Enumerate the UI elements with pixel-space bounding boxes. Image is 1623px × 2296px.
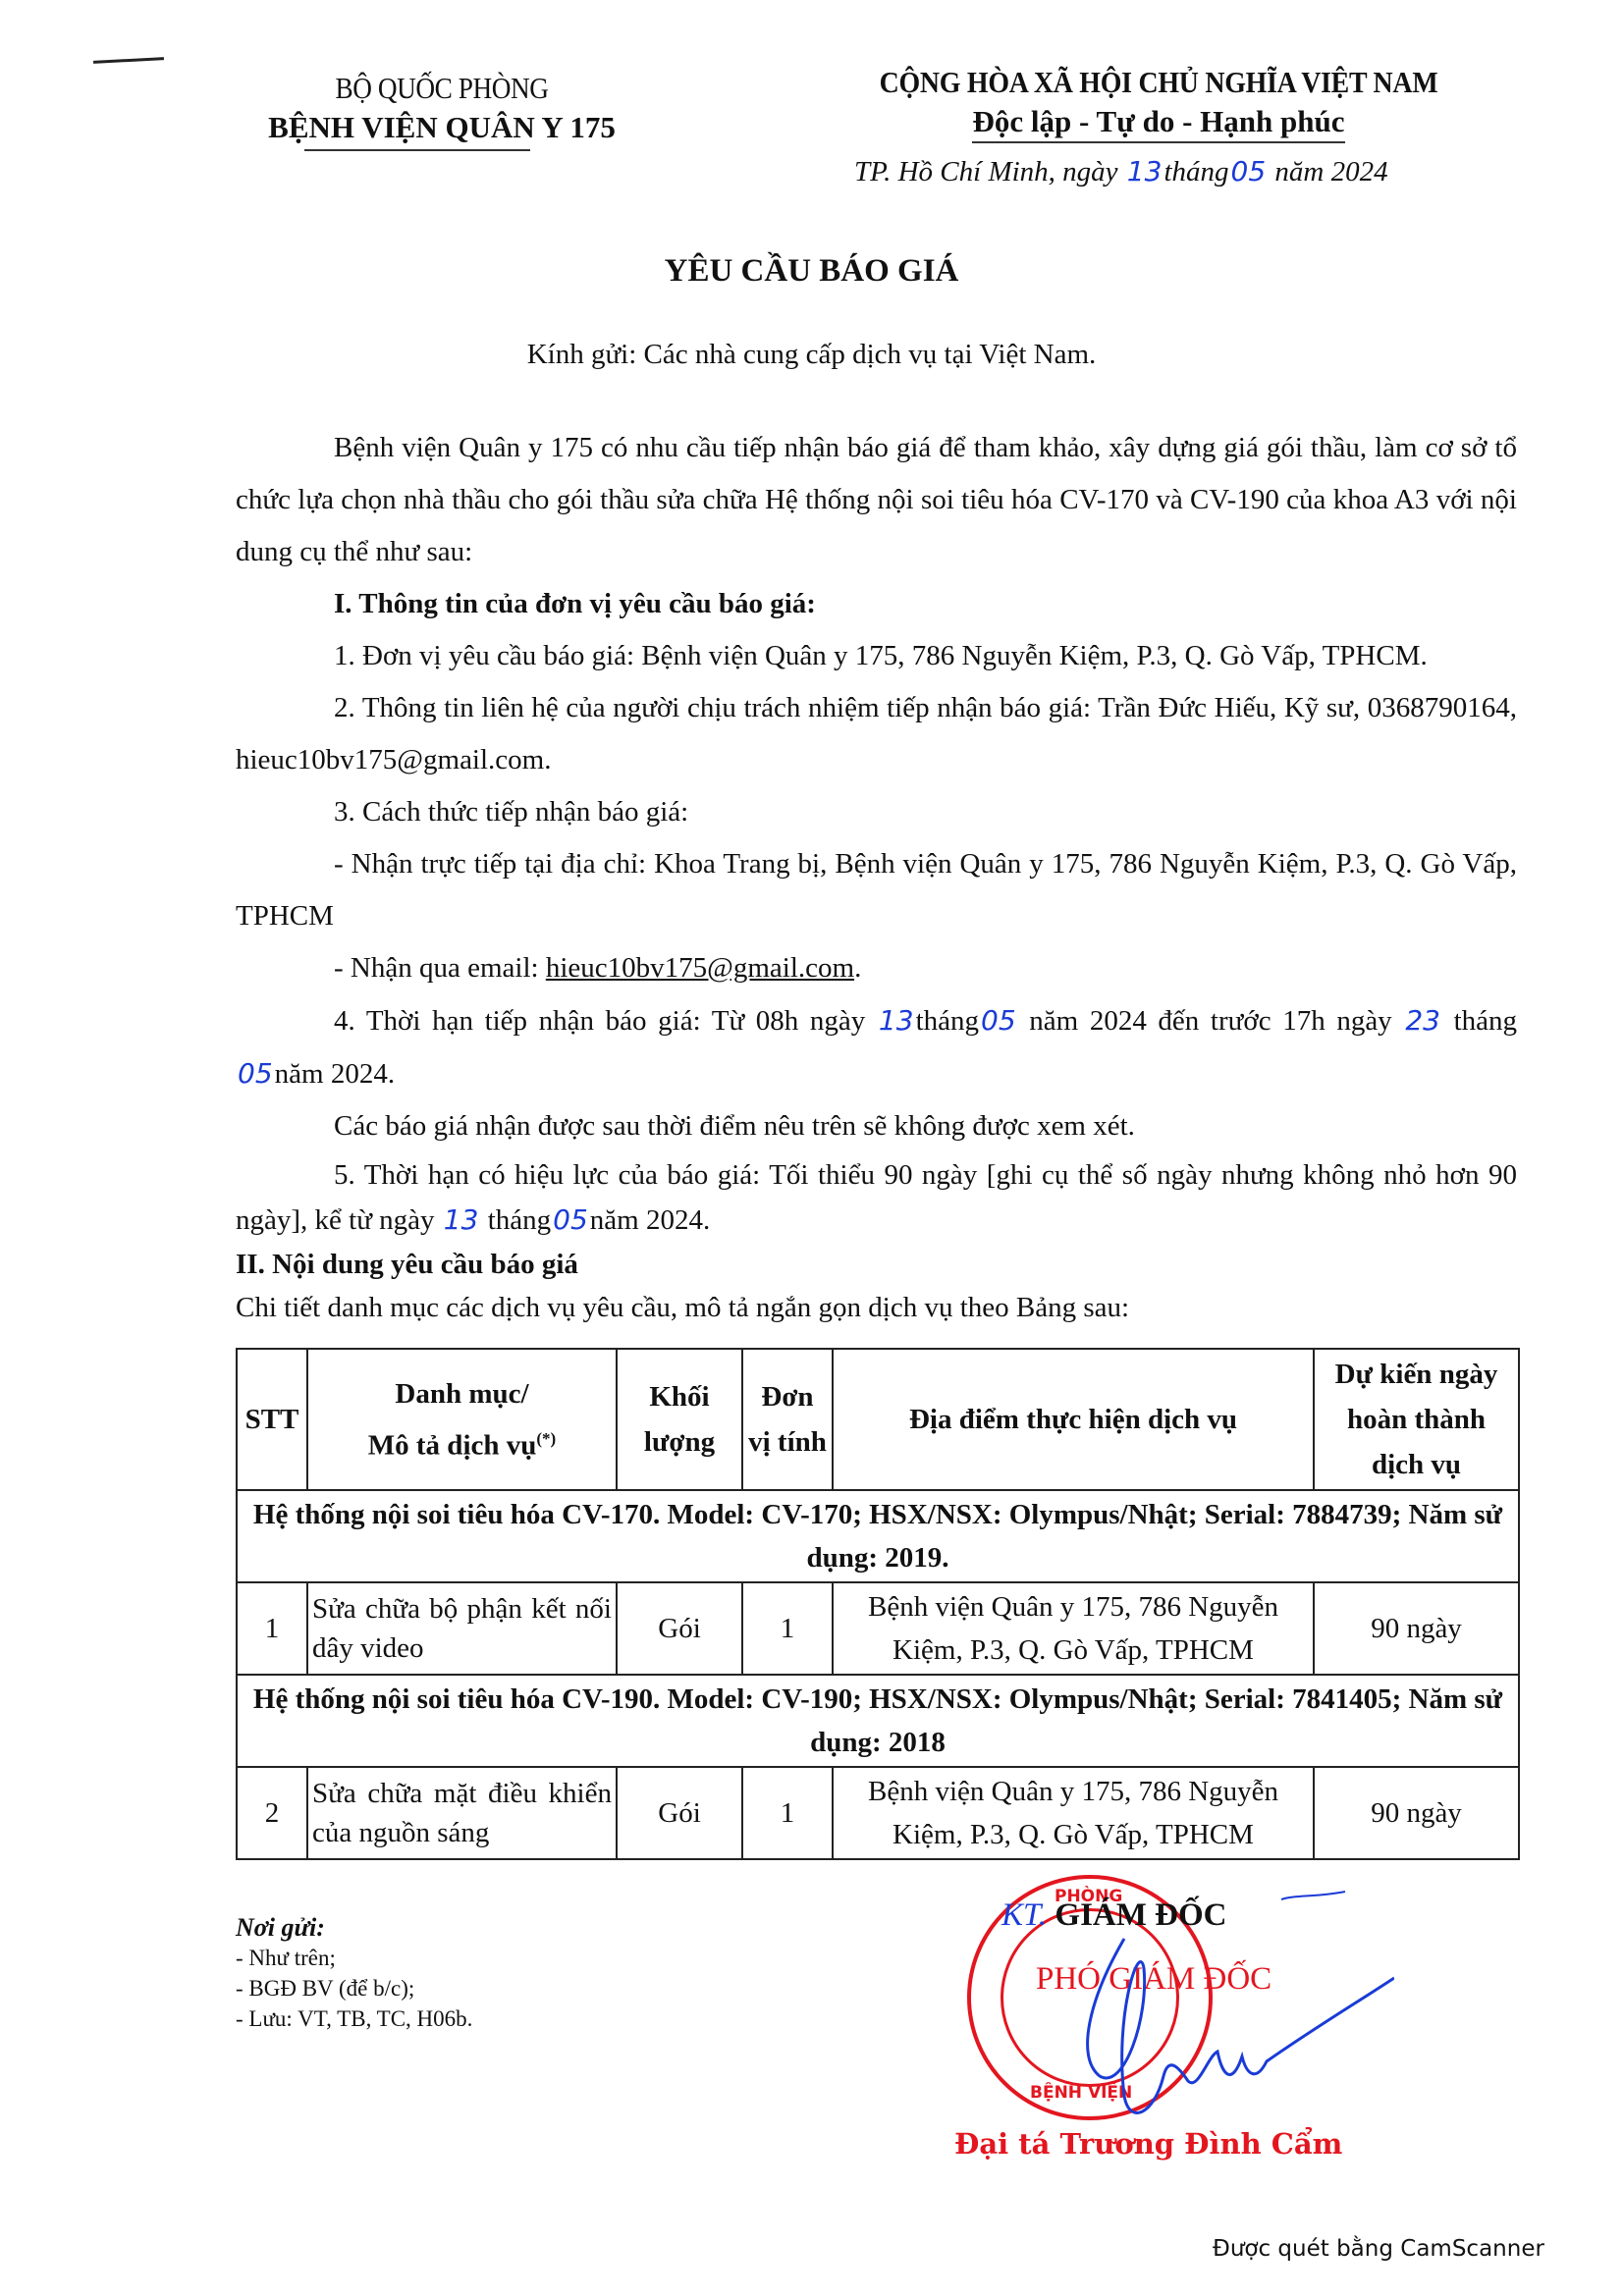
hospital-name: BỆNH VIỆN QUÂN Y 175	[196, 110, 687, 145]
cell-name: Sửa chữa bộ phận kết nối dây video	[307, 1582, 617, 1675]
section-1-item-3: 3. Cách thức tiếp nhận báo giá:	[236, 786, 1517, 838]
section-1-item-1: 1. Đơn vị yêu cầu báo giá: Bệnh viện Quâ…	[236, 630, 1517, 682]
item5-month-handwritten: 05	[551, 1203, 590, 1236]
header-stt: STT	[237, 1349, 307, 1490]
section-1-item-5: 5. Thời hạn có hiệu lực của báo giá: Tối…	[236, 1152, 1517, 1243]
recipient-item: - BGĐ BV (để b/c);	[236, 1973, 472, 2003]
scan-artifact-mark	[93, 57, 164, 64]
cell-unit: 1	[742, 1582, 833, 1675]
group-row: Hệ thống nội soi tiêu hóa CV-190. Model:…	[237, 1675, 1519, 1767]
hospital-underline	[304, 149, 530, 151]
date-month-handwritten: 05	[1229, 155, 1269, 187]
item4-text-1: 4. Thời hạn tiếp nhận báo giá: Từ 08h ng…	[334, 1005, 865, 1037]
intro-paragraph: Bệnh viện Quân y 175 có nhu cầu tiếp nhậ…	[236, 422, 1517, 578]
item4-day-start-handwritten: 13	[877, 1004, 916, 1037]
date-year: năm 2024	[1274, 156, 1387, 187]
cell-completion: 90 ngày	[1314, 1582, 1519, 1675]
item4-text-2: tháng	[916, 1005, 979, 1037]
country-name: CỘNG HÒA XÃ HỘI CHỦ NGHĨA VIỆT NAM	[823, 65, 1494, 100]
item5-text-3: năm 2024.	[590, 1204, 710, 1236]
scanner-watermark: Được quét bằng CamScanner	[1213, 2236, 1544, 2262]
issuer-header: BỘ QUỐC PHÒNG BỆNH VIỆN QUÂN Y 175	[196, 71, 687, 151]
header-completion: Dự kiến ngày hoàn thành dịch vụ	[1314, 1349, 1519, 1490]
table-header-row: STT Danh mục/Mô tả dịch vụ(*) Khối lượng…	[237, 1349, 1519, 1490]
greeting-line: Kính gửi: Các nhà cung cấp dịch vụ tại V…	[0, 339, 1623, 371]
document-title: YÊU CẦU BÁO GIÁ	[0, 253, 1623, 290]
section-1-item-3b: - Nhận qua email: hieuc10bv175@gmail.com…	[236, 942, 1517, 994]
email-suffix: .	[854, 952, 861, 984]
national-header: CỘNG HÒA XÃ HỘI CHỦ NGHĨA VIỆT NAM Độc l…	[785, 65, 1532, 188]
cell-qty: Gói	[617, 1767, 742, 1859]
document-date: TP. Hồ Chí Minh, ngày 13tháng05 năm 2024	[785, 155, 1532, 188]
group-title: Hệ thống nội soi tiêu hóa CV-190. Model:…	[237, 1675, 1519, 1767]
header-unit: Đơn vị tính	[742, 1349, 833, 1490]
item4-day-end-handwritten: 23	[1403, 1004, 1442, 1037]
section-2-description: Chi tiết danh mục các dịch vụ yêu cầu, m…	[236, 1286, 1517, 1329]
group-row: Hệ thống nội soi tiêu hóa CV-170. Model:…	[237, 1490, 1519, 1582]
header-name-line1: Danh mục/	[395, 1378, 528, 1410]
item5-text-2: tháng	[488, 1204, 551, 1236]
cell-name: Sửa chữa mặt điều khiển của nguồn sáng	[307, 1767, 617, 1859]
recipients-heading: Nơi gửi:	[236, 1912, 472, 1943]
cell-stt: 1	[237, 1582, 307, 1675]
item5-day-handwritten: 13	[442, 1203, 481, 1236]
section-2-heading: II. Nội dung yêu cầu báo giá	[236, 1243, 1517, 1286]
table-row: 1 Sửa chữa bộ phận kết nối dây video Gói…	[237, 1582, 1519, 1675]
item4-month-end-handwritten: 05	[236, 1057, 275, 1090]
cell-location: Bệnh viện Quân y 175, 786 Nguyễn Kiệm, P…	[833, 1767, 1314, 1859]
header-name-footnote: (*)	[536, 1429, 556, 1448]
section-1-item-4-note: Các báo giá nhận được sau thời điểm nêu …	[236, 1100, 1517, 1152]
header-location: Địa điểm thực hiện dịch vụ	[833, 1349, 1314, 1490]
item4-text-4: tháng	[1454, 1005, 1517, 1037]
cell-location: Bệnh viện Quân y 175, 786 Nguyễn Kiệm, P…	[833, 1582, 1314, 1675]
header-name-line2: Mô tả dịch vụ	[368, 1429, 537, 1461]
email-label: - Nhận qua email:	[334, 952, 546, 984]
section-1-heading: I. Thông tin của đơn vị yêu cầu báo giá:	[236, 578, 1517, 630]
item4-text-5: năm 2024.	[275, 1058, 395, 1090]
group-title: Hệ thống nội soi tiêu hóa CV-170. Model:…	[237, 1490, 1519, 1582]
cell-unit: 1	[742, 1767, 833, 1859]
date-prefix: TP. Hồ Chí Minh, ngày	[854, 156, 1118, 187]
cell-stt: 2	[237, 1767, 307, 1859]
section-1-item-4: 4. Thời hạn tiếp nhận báo giá: Từ 08h ng…	[236, 994, 1517, 1100]
signature-block: PHÒNG BỆNH VIỆN KT. GIÁM ĐỐC PHÓ GIÁM ĐỐ…	[943, 1870, 1394, 2194]
header-qty: Khối lượng	[617, 1349, 742, 1490]
item5-text-1: 5. Thời hạn có hiệu lực của báo giá: Tối…	[236, 1159, 1517, 1236]
section-1-item-2: 2. Thông tin liên hệ của người chịu trác…	[236, 682, 1517, 786]
signer-name: Đại tá Trương Đình Cẩm	[954, 2127, 1342, 2161]
ministry-name: BỘ QUỐC PHÒNG	[226, 71, 658, 106]
date-month-label: tháng	[1163, 156, 1228, 187]
recipients-block: Nơi gửi: - Như trên; - BGĐ BV (để b/c); …	[236, 1912, 472, 2034]
document-body: Bệnh viện Quân y 175 có nhu cầu tiếp nhậ…	[236, 422, 1517, 1329]
table-row: 2 Sửa chữa mặt điều khiển của nguồn sáng…	[237, 1767, 1519, 1859]
section-1-item-3a: - Nhận trực tiếp tại địa chỉ: Khoa Trang…	[236, 838, 1517, 942]
motto-underline	[972, 141, 1345, 143]
national-motto: Độc lập - Tự do - Hạnh phúc	[785, 104, 1532, 139]
recipient-item: - Lưu: VT, TB, TC, H06b.	[236, 2003, 472, 2034]
cell-qty: Gói	[617, 1582, 742, 1675]
item4-month-start-handwritten: 05	[979, 1004, 1018, 1037]
date-day-handwritten: 13	[1125, 155, 1164, 187]
cell-completion: 90 ngày	[1314, 1767, 1519, 1859]
header-name: Danh mục/Mô tả dịch vụ(*)	[307, 1349, 617, 1490]
email-link[interactable]: hieuc10bv175@gmail.com	[546, 952, 854, 984]
recipient-item: - Như trên;	[236, 1943, 472, 1973]
item4-text-3: năm 2024 đến trước 17h ngày	[1029, 1005, 1391, 1037]
service-table: STT Danh mục/Mô tả dịch vụ(*) Khối lượng…	[236, 1348, 1520, 1860]
